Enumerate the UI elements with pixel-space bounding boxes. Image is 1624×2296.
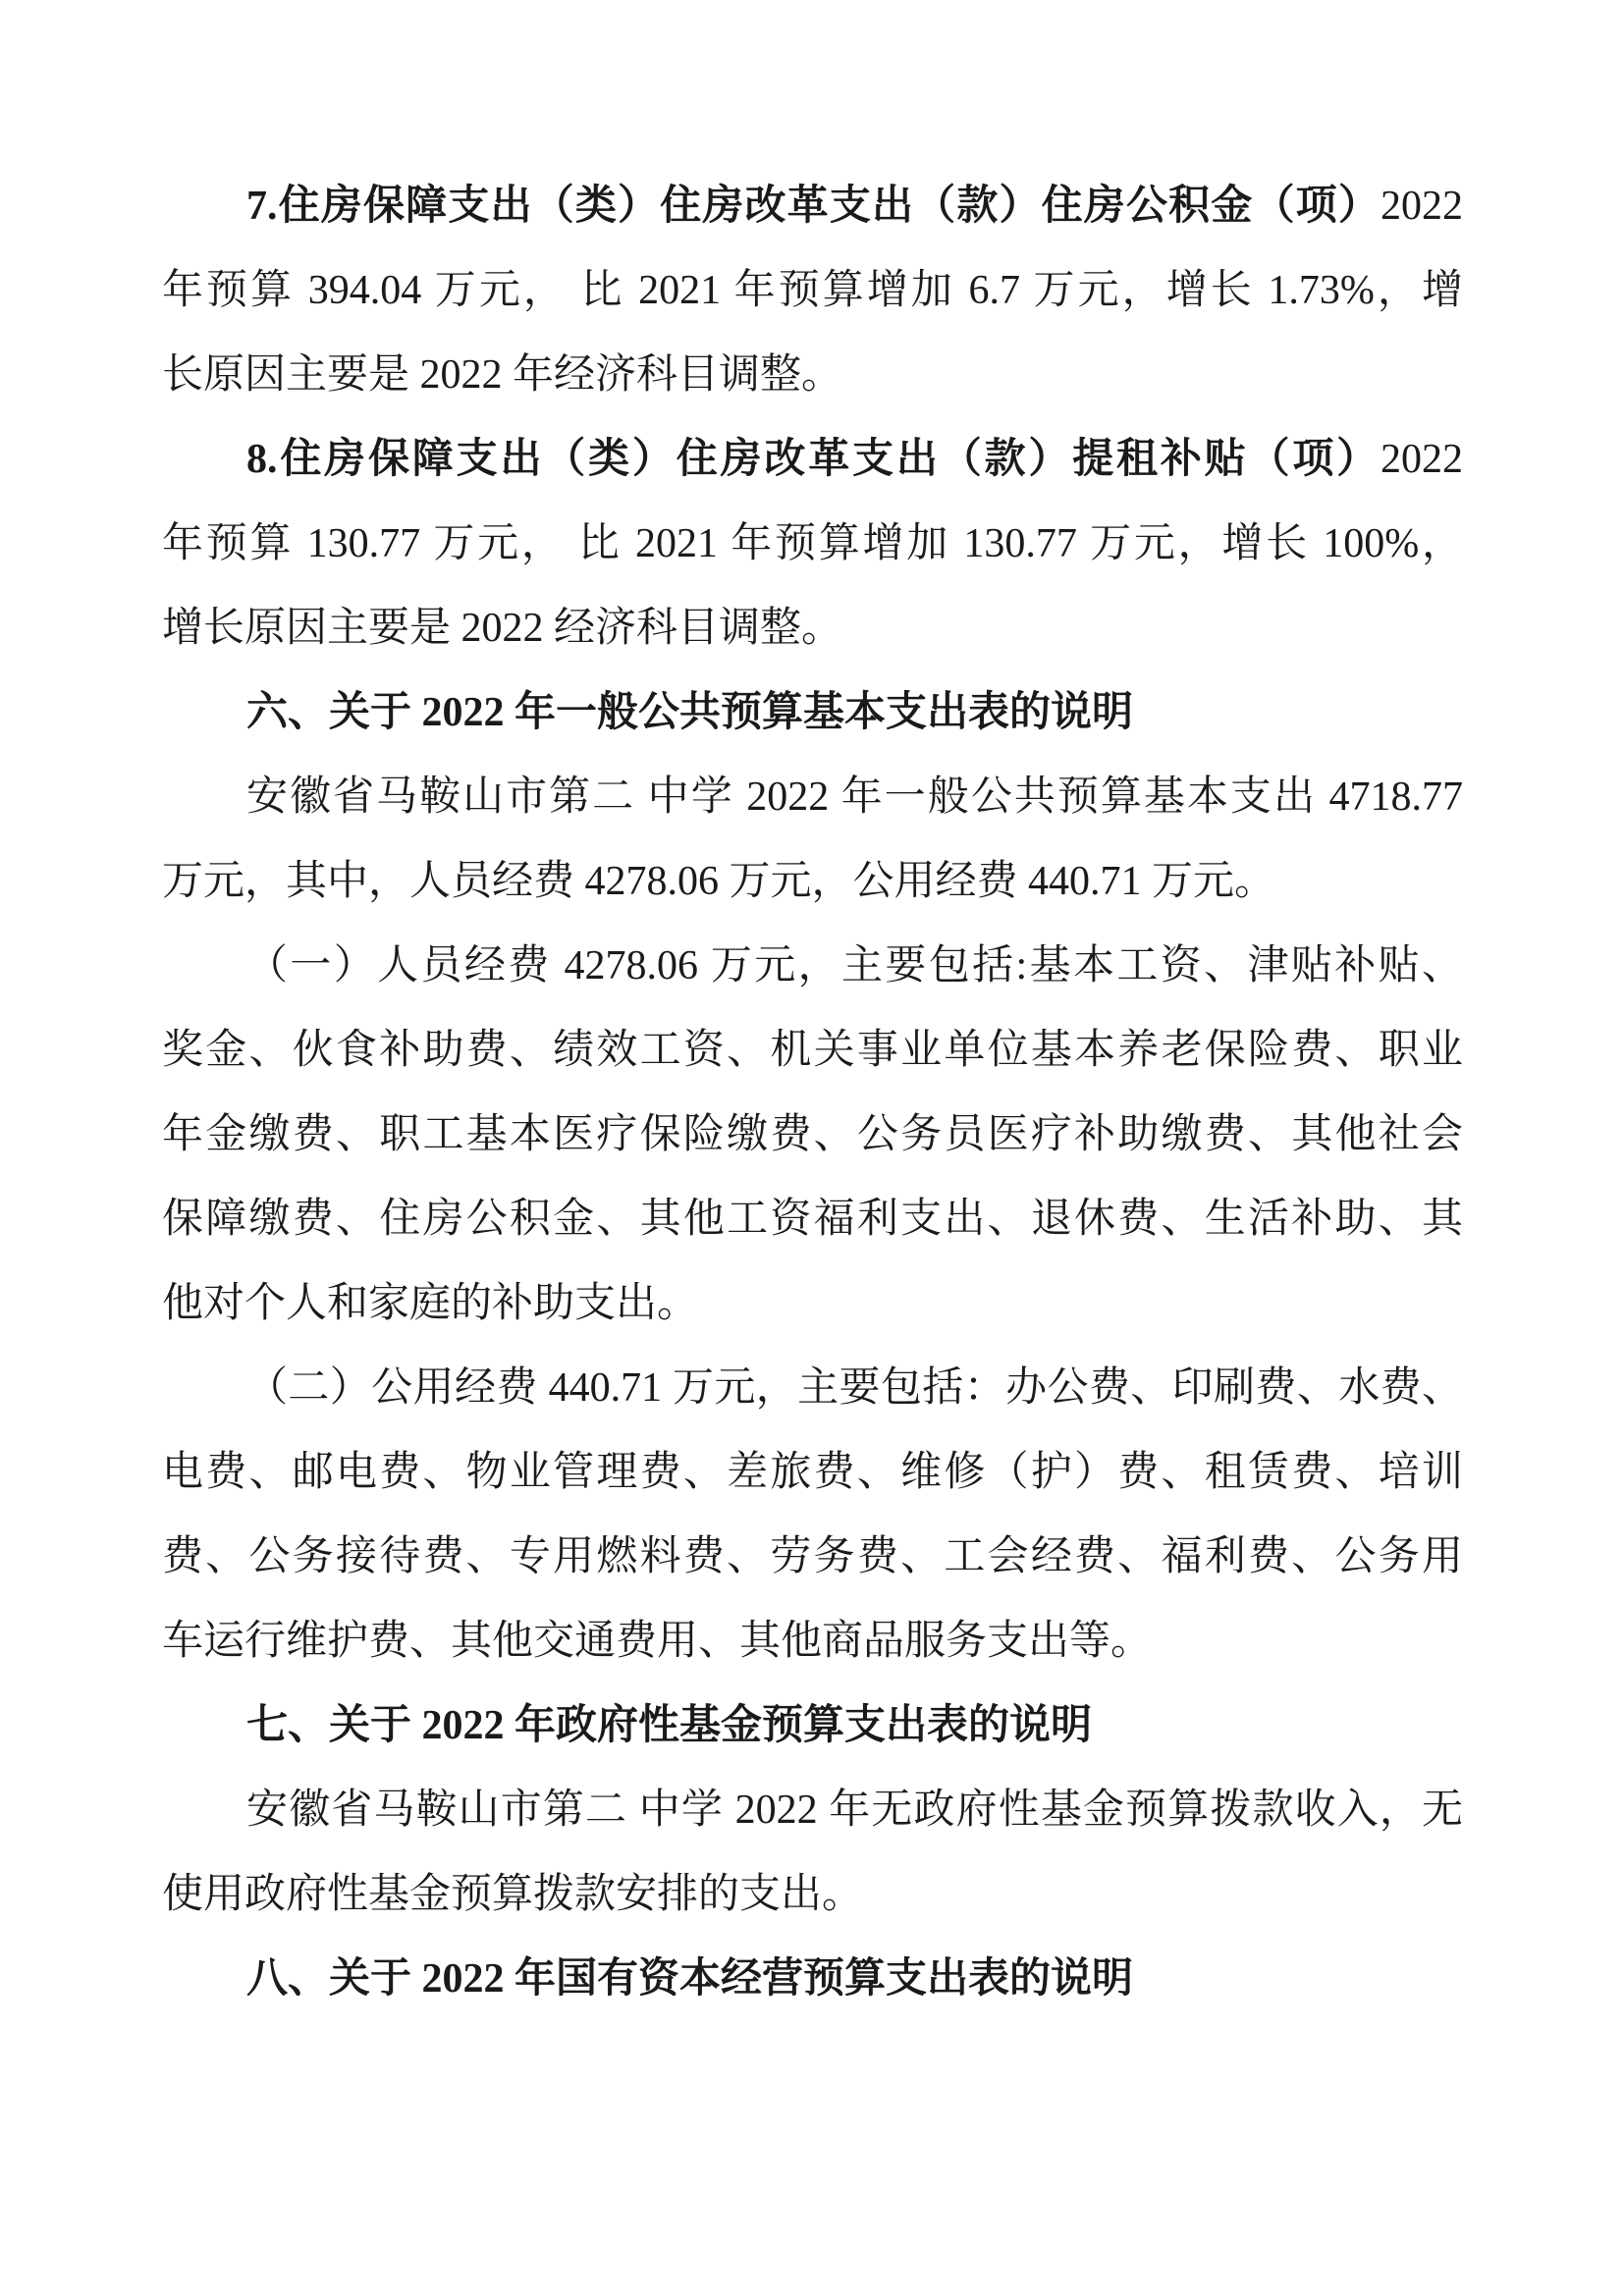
text-segment: 增长原因主要是 2022 经济科目调整。 — [162, 606, 842, 651]
text-segment: 安徽省马鞍山市第二 中学 2022 年无政府性基金预算拨款收入，无 — [246, 1788, 1463, 1833]
bold-text-segment: 七、关于 2022 年政府性基金预算支出表的说明 — [246, 1703, 1092, 1748]
text-segment: 他对个人和家庭的补助支出。 — [162, 1281, 698, 1326]
document-text-block: 7.住房保障支出（类）住房改革支出（款）住房公积金（项）2022年预算 394.… — [162, 164, 1463, 2021]
text-line: 电费、邮电费、物业管理费、差旅费、维修（护）费、租赁费、培训 — [162, 1430, 1463, 1515]
text-line: 他对个人和家庭的补助支出。 — [162, 1261, 1463, 1346]
bold-text-segment: 7.住房保障支出（类）住房改革支出（款）住房公积金（项） — [246, 184, 1380, 229]
text-line: 奖金、伙食补助费、绩效工资、机关事业单位基本养老保险费、职业 — [162, 1008, 1463, 1093]
text-line: 车运行维护费、其他交通费用、其他商品服务支出等。 — [162, 1599, 1463, 1683]
document-page: 7.住房保障支出（类）住房改革支出（款）住房公积金（项）2022年预算 394.… — [0, 0, 1624, 2296]
text-line: 7.住房保障支出（类）住房改革支出（款）住房公积金（项）2022 — [162, 164, 1463, 248]
text-line: 安徽省马鞍山市第二 中学 2022 年无政府性基金预算拨款收入，无 — [162, 1768, 1463, 1852]
text-line: 8.住房保障支出（类）住房改革支出（款）提租补贴（项）2022 — [162, 417, 1463, 502]
text-segment: 年预算 130.77 万元， 比 2021 年预算增加 130.77 万元，增长… — [162, 521, 1463, 566]
text-segment: 车运行维护费、其他交通费用、其他商品服务支出等。 — [162, 1619, 1152, 1664]
text-segment: 电费、邮电费、物业管理费、差旅费、维修（护）费、租赁费、培训 — [162, 1450, 1463, 1495]
text-line: 增长原因主要是 2022 经济科目调整。 — [162, 586, 1463, 670]
text-segment: 年预算 394.04 万元， 比 2021 年预算增加 6.7 万元，增长 1.… — [162, 268, 1463, 313]
text-line: 使用政府性基金预算拨款安排的支出。 — [162, 1852, 1463, 1937]
text-line: 年金缴费、职工基本医疗保险缴费、公务员医疗补助缴费、其他社会 — [162, 1093, 1463, 1177]
bold-text-segment: 8.住房保障支出（类）住房改革支出（款）提租补贴（项） — [246, 437, 1380, 482]
bold-text-segment: 八、关于 2022 年国有资本经营预算支出表的说明 — [246, 1956, 1133, 2002]
text-segment: 使用政府性基金预算拨款安排的支出。 — [162, 1872, 863, 1917]
text-segment: 奖金、伙食补助费、绩效工资、机关事业单位基本养老保险费、职业 — [162, 1028, 1463, 1073]
text-line: （二）公用经费 440.71 万元，主要包括：办公费、印刷费、水费、 — [162, 1346, 1463, 1430]
text-segment: （二）公用经费 440.71 万元，主要包括：办公费、印刷费、水费、 — [246, 1365, 1463, 1411]
text-line: （一）人员经费 4278.06 万元，主要包括:基本工资、津贴补贴、 — [162, 924, 1463, 1008]
text-segment: （一）人员经费 4278.06 万元，主要包括:基本工资、津贴补贴、 — [246, 943, 1463, 988]
text-segment: 2022 — [1380, 184, 1463, 229]
text-segment: 长原因主要是 2022 年经济科目调整。 — [162, 352, 842, 398]
text-line: 安徽省马鞍山市第二 中学 2022 年一般公共预算基本支出 4718.77 — [162, 755, 1463, 839]
text-line: 年预算 394.04 万元， 比 2021 年预算增加 6.7 万元，增长 1.… — [162, 248, 1463, 333]
bold-text-segment: 六、关于 2022 年一般公共预算基本支出表的说明 — [246, 690, 1133, 735]
text-line: 年预算 130.77 万元， 比 2021 年预算增加 130.77 万元，增长… — [162, 502, 1463, 586]
text-line: 万元，其中，人员经费 4278.06 万元，公用经费 440.71 万元。 — [162, 839, 1463, 924]
text-segment: 年金缴费、职工基本医疗保险缴费、公务员医疗补助缴费、其他社会 — [162, 1112, 1463, 1157]
text-segment: 费、公务接待费、专用燃料费、劳务费、工会经费、福利费、公务用 — [162, 1534, 1463, 1579]
text-segment: 2022 — [1380, 437, 1463, 482]
text-line: 七、关于 2022 年政府性基金预算支出表的说明 — [162, 1683, 1463, 1768]
text-segment: 万元，其中，人员经费 4278.06 万元，公用经费 440.71 万元。 — [162, 859, 1275, 904]
text-line: 八、关于 2022 年国有资本经营预算支出表的说明 — [162, 1937, 1463, 2021]
text-line: 费、公务接待费、专用燃料费、劳务费、工会经费、福利费、公务用 — [162, 1515, 1463, 1599]
text-line: 长原因主要是 2022 年经济科目调整。 — [162, 333, 1463, 417]
text-line: 六、关于 2022 年一般公共预算基本支出表的说明 — [162, 670, 1463, 755]
text-segment: 安徽省马鞍山市第二 中学 2022 年一般公共预算基本支出 4718.77 — [246, 774, 1463, 820]
text-segment: 保障缴费、住房公积金、其他工资福利支出、退休费、生活补助、其 — [162, 1197, 1463, 1242]
text-line: 保障缴费、住房公积金、其他工资福利支出、退休费、生活补助、其 — [162, 1177, 1463, 1261]
